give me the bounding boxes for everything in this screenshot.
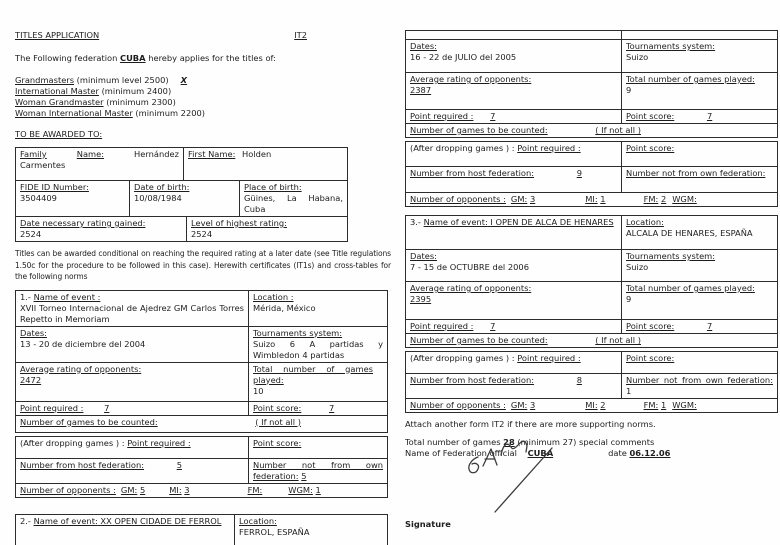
event1-mi-count: 3 xyxy=(184,485,189,495)
dob-cell: Date of birth: 10/08/1984 xyxy=(129,181,239,216)
table-row: Dates: 7 - 15 de OCTUBRE del 2006 Tourna… xyxy=(406,249,777,281)
fide-id-cell: FIDE ID Number: 3504409 xyxy=(16,181,129,216)
event3-subtable: (After dropping games ) : Point required… xyxy=(405,351,778,413)
event2-avg-cell: Average rating of opponents: 2387 xyxy=(406,73,621,109)
table-row: 2.- Name of event: XX OPEN CIDADE DE FER… xyxy=(16,515,387,545)
event1-not-own-cell: Number not from own federation: 5 xyxy=(248,459,387,483)
first-name-value: Holden xyxy=(242,149,271,159)
federation-name: CUBA xyxy=(120,53,146,63)
table-row: Number from host federation: 8 Number no… xyxy=(406,373,777,398)
event1-gm-count: 5 xyxy=(140,485,145,495)
table-row: Date necessary rating gained: 2524 Level… xyxy=(16,216,347,241)
event3-host-cell: Number from host federation: 8 xyxy=(406,374,621,398)
event3-system-value: Suizo xyxy=(626,262,773,273)
event2-after-dropping-cell: (After dropping games ) : Point required… xyxy=(406,142,621,166)
signature-scribble xyxy=(455,438,565,518)
event3-counted-cell: Number of games to be counted: ( If not … xyxy=(406,334,777,347)
event1-point-required-cell: Point required : 7 xyxy=(16,402,248,415)
event3-gm-count: 3 xyxy=(530,400,535,410)
title-option-im: International Master (minimum 2400) xyxy=(15,86,391,97)
event2-header-table: 2.- Name of event: XX OPEN CIDADE DE FER… xyxy=(15,514,388,545)
rating-gained-cell: Date necessary rating gained: 2524 xyxy=(16,217,186,241)
event3-not-own-cell: Number not from own federation: 1 xyxy=(621,374,777,398)
event2-spacer-cell xyxy=(406,31,621,39)
attach-note: Attach another form IT2 if there are mor… xyxy=(405,419,776,430)
event3-not-own-value: 1 xyxy=(626,386,631,396)
event1-opponents-cell: Number of opponents : GM: 5 MI: 3 FM: WG… xyxy=(16,484,387,497)
event2-not-own-cell: Number not from own federation: xyxy=(621,167,777,192)
event3-dates-value: 7 - 15 de OCTUBRE del 2006 xyxy=(410,262,617,273)
event1-system-cell: Tournaments system: Suizo 6 A partidas y… xyxy=(248,327,387,362)
title-option-wgm: Woman Grandmaster (minimum 2300) xyxy=(15,97,391,108)
event1-avg-value: 2472 xyxy=(20,375,244,386)
event2-counted-cell: Number of games to be counted: ( If not … xyxy=(406,124,777,137)
event1-dates-cell: Dates: 13 - 20 de diciembre del 2004 xyxy=(16,327,248,362)
event3-table: 3.- Name of event: I OPEN DE ALCA DE HEN… xyxy=(405,215,778,348)
table-row: Point required : 7 Point score: 7 xyxy=(406,319,777,333)
table-row: Number of opponents : GM: 3 MI: 2 FM: 1 … xyxy=(406,398,777,412)
event1-subtable: (After dropping games ) : Point required… xyxy=(15,436,388,498)
left-column: TITLES APPLICATION IT2 The Following fed… xyxy=(15,30,391,545)
event2-avg-value: 2387 xyxy=(410,85,617,96)
event3-avg-cell: Average rating of opponents: 2395 xyxy=(406,282,621,319)
event3-point-required-value: 7 xyxy=(490,321,495,331)
event1-total-cell: Total number of games played: 10 xyxy=(248,363,387,401)
family-name-cell: Family Name: Hernández Carmentes xyxy=(16,148,183,180)
event3-fm-count: 1 xyxy=(661,400,666,410)
event2-dates-value: 16 - 22 de JULIO del 2005 xyxy=(410,52,617,63)
event1-not-own-value: 5 xyxy=(301,471,306,481)
title-option-grandmaster: Grandmasters (minimum level 2500)X xyxy=(15,75,391,86)
event1-total-value: 10 xyxy=(253,386,373,397)
signature-label: Signature xyxy=(405,519,776,530)
event3-after-dropping-cell: (After dropping games ) : Point required… xyxy=(406,352,621,373)
event2-name-value: XX OPEN CIDADE DE FERROL xyxy=(100,516,221,526)
event1-name-value: XVII Torneo Internacional de Ajedrez GM … xyxy=(20,303,244,325)
table-row: Number from host federation: 5 Number no… xyxy=(16,458,387,483)
event2-mi-count: 1 xyxy=(600,194,605,204)
pob-cell: Place of birth: Güines, La Habana, Cuba xyxy=(239,181,347,216)
rating-gained-value: 2524 xyxy=(20,229,182,240)
event2-total-cell: Total number of games played: 9 xyxy=(621,73,777,109)
event2-location-cell: Location: FERROL, ESPAÑA xyxy=(234,515,387,545)
event2-subtable: (After dropping games ) : Point required… xyxy=(405,141,778,207)
event2-point-required-value: 7 xyxy=(490,111,495,121)
form-header: TITLES APPLICATION IT2 xyxy=(15,30,307,41)
event1-counted-cell: Number of games to be counted: ( If not … xyxy=(16,416,387,432)
event3-name-value: I OPEN DE ALCA DE HENARES xyxy=(490,217,613,227)
event2-host-value: 9 xyxy=(577,168,582,178)
table-row: Number of opponents : GM: 5 MI: 3 FM: WG… xyxy=(16,483,387,497)
checked-mark: X xyxy=(181,75,187,85)
event3-host-value: 8 xyxy=(577,375,582,385)
page-title: TITLES APPLICATION xyxy=(15,30,99,41)
date-value: 06.12.06 xyxy=(630,448,671,458)
event3-name-cell: 3.- Name of event: I OPEN DE ALCA DE HEN… xyxy=(406,216,621,249)
table-row: (After dropping games ) : Point required… xyxy=(406,352,777,373)
event2-location-value: FERROL, ESPAÑA xyxy=(239,527,383,538)
event2-system-cell: Tournaments system: Suizo xyxy=(621,40,777,72)
event1-after-dropping-cell: (After dropping games ) : Point required… xyxy=(16,437,248,458)
event3-after-score-cell: Point score: xyxy=(621,352,777,373)
table-row: Average rating of opponents: 2395 Total … xyxy=(406,281,777,319)
event3-location-cell: Location: ALCALA DE HENARES, ESPAÑA xyxy=(621,216,777,249)
event3-total-cell: Total number of games played: 9 xyxy=(621,282,777,319)
event2-system-value: Suizo xyxy=(626,52,773,63)
event3-opponents-cell: Number of opponents : GM: 3 MI: 2 FM: 1 … xyxy=(406,399,777,412)
table-row: FIDE ID Number: 3504409 Date of birth: 1… xyxy=(16,180,347,216)
event3-dates-cell: Dates: 7 - 15 de OCTUBRE del 2006 xyxy=(406,250,621,281)
intro-line: The Following federation CUBA hereby app… xyxy=(15,53,391,64)
title-option-wim: Woman International Master (minimum 2200… xyxy=(15,108,391,119)
table-row xyxy=(406,31,777,39)
event2-dates-cell: Dates: 16 - 22 de JULIO del 2005 xyxy=(406,40,621,72)
event2-table: Dates: 16 - 22 de JULIO del 2005 Tournam… xyxy=(405,30,778,138)
table-row: Point required : 7 Point score: 7 xyxy=(406,109,777,123)
form-code: IT2 xyxy=(294,30,307,41)
event1-host-value: 5 xyxy=(177,460,182,470)
event1-host-cell: Number from host federation: 5 xyxy=(16,459,248,483)
titles-application-form: TITLES APPLICATION IT2 The Following fed… xyxy=(0,0,780,545)
table-row: Dates: 13 - 20 de diciembre del 2004 Tou… xyxy=(16,326,387,362)
event1-point-score-cell: Point score: 7 xyxy=(248,402,387,415)
table-row: Number of games to be counted: ( If not … xyxy=(406,123,777,137)
event1-point-score-value: 7 xyxy=(329,403,334,413)
table-row: 1.- Name of event : XVII Torneo Internac… xyxy=(16,291,387,326)
table-row: (After dropping games ) : Point required… xyxy=(406,142,777,166)
event2-gm-count: 3 xyxy=(530,194,535,204)
titles-list: Grandmasters (minimum level 2500)X Inter… xyxy=(15,75,391,119)
highest-rating-cell: Level of highest rating: 2524 xyxy=(186,217,347,241)
event1-location-value: Mérida, México xyxy=(253,303,383,314)
event3-system-cell: Tournaments system: Suizo xyxy=(621,250,777,281)
event1-dates-value: 13 - 20 de diciembre del 2004 xyxy=(20,339,244,350)
awardee-table: Family Name: Hernández Carmentes First N… xyxy=(15,147,348,242)
event2-host-cell: Number from host federation: 9 xyxy=(406,167,621,192)
table-row: Number of games to be counted: ( If not … xyxy=(16,415,387,432)
event2-point-required-cell: Point required : 7 xyxy=(406,110,621,123)
event2-point-score-value: 7 xyxy=(707,111,712,121)
event3-mi-count: 2 xyxy=(600,400,605,410)
event3-avg-value: 2395 xyxy=(410,294,617,305)
dob-value: 10/08/1984 xyxy=(134,193,235,204)
table-row: 3.- Name of event: I OPEN DE ALCA DE HEN… xyxy=(406,216,777,249)
family-name-value: Hernández xyxy=(134,149,179,160)
event3-point-required-cell: Point required : 7 xyxy=(406,320,621,333)
table-row: Point required : 7 Point score: 7 xyxy=(16,401,387,415)
event2-opponents-cell: Number of opponents : GM: 3 MI: 1 FM: 2 … xyxy=(406,193,777,206)
table-row: Number of games to be counted: ( If not … xyxy=(406,333,777,347)
event2-after-score-cell: Point score: xyxy=(621,142,777,166)
event2-fm-count: 2 xyxy=(661,194,666,204)
event1-point-required-value: 7 xyxy=(104,403,109,413)
table-row: Number from host federation: 9 Number no… xyxy=(406,166,777,192)
event1-name-cell: 1.- Name of event : XVII Torneo Internac… xyxy=(16,291,248,326)
table-row: Dates: 16 - 22 de JULIO del 2005 Tournam… xyxy=(406,39,777,72)
event1-location-cell: Location : Mérida, México xyxy=(248,291,387,326)
table-row: Average rating of opponents: 2387 Total … xyxy=(406,72,777,109)
pob-value: Güines, La Habana, Cuba xyxy=(244,193,343,215)
event2-name-cell: 2.- Name of event: XX OPEN CIDADE DE FER… xyxy=(16,515,234,545)
highest-rating-value: 2524 xyxy=(191,229,343,240)
awarded-heading: TO BE AWARDED TO: xyxy=(15,129,391,140)
event1-system-value: Suizo 6 A partidas y Wimbledon 4 partida… xyxy=(253,339,383,361)
conditions-paragraph: Titles can be awarded conditional on rea… xyxy=(15,248,391,283)
event3-location-value: ALCALA DE HENARES, ESPAÑA xyxy=(626,228,773,239)
event3-total-value: 9 xyxy=(626,294,773,305)
table-row: Family Name: Hernández Carmentes First N… xyxy=(16,148,347,180)
event1-after-score-cell: Point score: xyxy=(248,437,387,458)
event2-spacer-cell xyxy=(621,31,777,39)
event1-wgm-count: 1 xyxy=(316,485,321,495)
event1-table: 1.- Name of event : XVII Torneo Internac… xyxy=(15,290,388,433)
event1-avg-cell: Average rating of opponents: 2472 xyxy=(16,363,248,401)
table-row: Number of opponents : GM: 3 MI: 1 FM: 2 … xyxy=(406,192,777,206)
table-row: (After dropping games ) : Point required… xyxy=(16,437,387,458)
first-name-cell: First Name: Holden xyxy=(183,148,347,180)
event2-total-value: 9 xyxy=(626,85,773,96)
event3-point-score-value: 7 xyxy=(707,321,712,331)
table-row: Average rating of opponents: 2472 Total … xyxy=(16,362,387,401)
event3-point-score-cell: Point score: 7 xyxy=(621,320,777,333)
event2-point-score-cell: Point score: 7 xyxy=(621,110,777,123)
fide-id-value: 3504409 xyxy=(20,193,125,204)
